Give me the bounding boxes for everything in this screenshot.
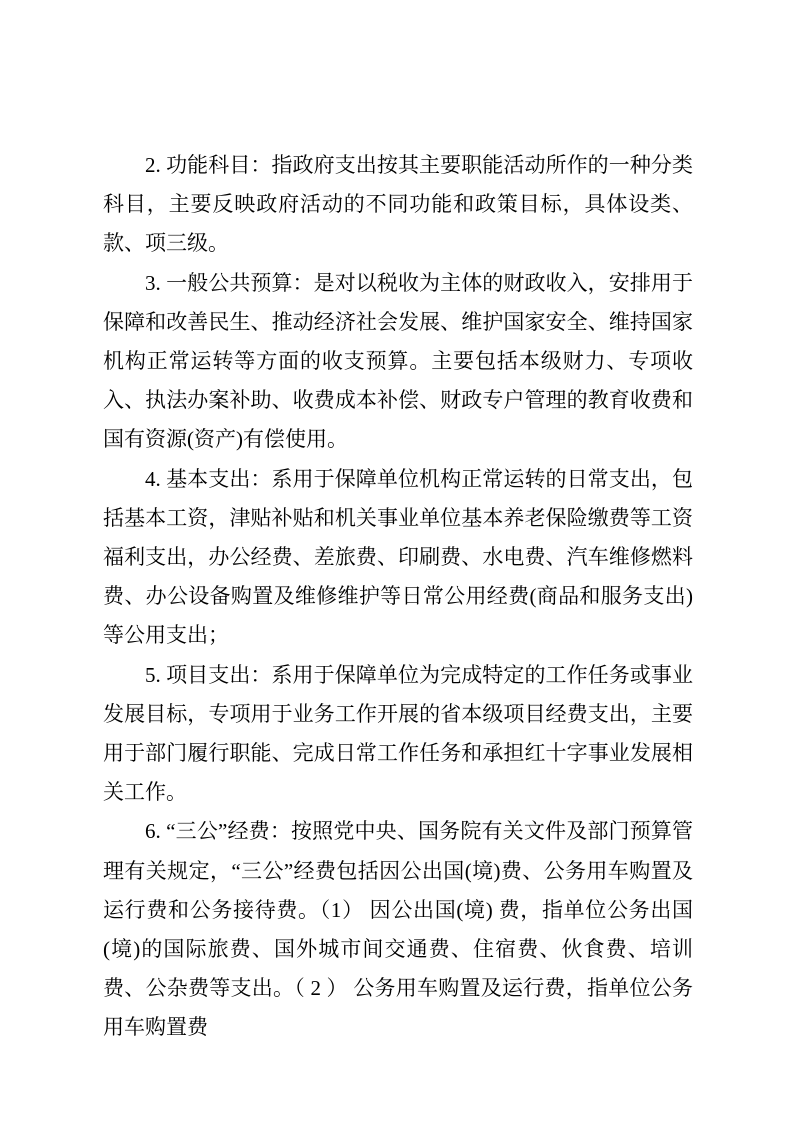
- paragraph-functional-categories: 2. 功能科目：指政府支出按其主要职能活动所作的一种分类科目，主要反映政府活动的…: [103, 146, 693, 264]
- paragraph-basic-expenditure: 4. 基本支出：系用于保障单位机构正常运转的日常支出，包括基本工资，津贴补贴和机…: [103, 460, 693, 656]
- paragraph-project-expenditure: 5. 项目支出：系用于保障单位为完成特定的工作任务或事业发展目标，专项用于业务工…: [103, 656, 693, 813]
- paragraph-general-public-budget: 3. 一般公共预算：是对以税收为主体的财政收入，安排用于保障和改善民生、推动经济…: [103, 264, 693, 460]
- document-page: 2. 功能科目：指政府支出按其主要职能活动所作的一种分类科目，主要反映政府活动的…: [0, 0, 793, 1122]
- paragraph-three-public-funds: 6. “三公”经费：按照党中央、国务院有关文件及部门预算管理有关规定，“三公”经…: [103, 812, 693, 1047]
- document-body: 2. 功能科目：指政府支出按其主要职能活动所作的一种分类科目，主要反映政府活动的…: [103, 146, 693, 1048]
